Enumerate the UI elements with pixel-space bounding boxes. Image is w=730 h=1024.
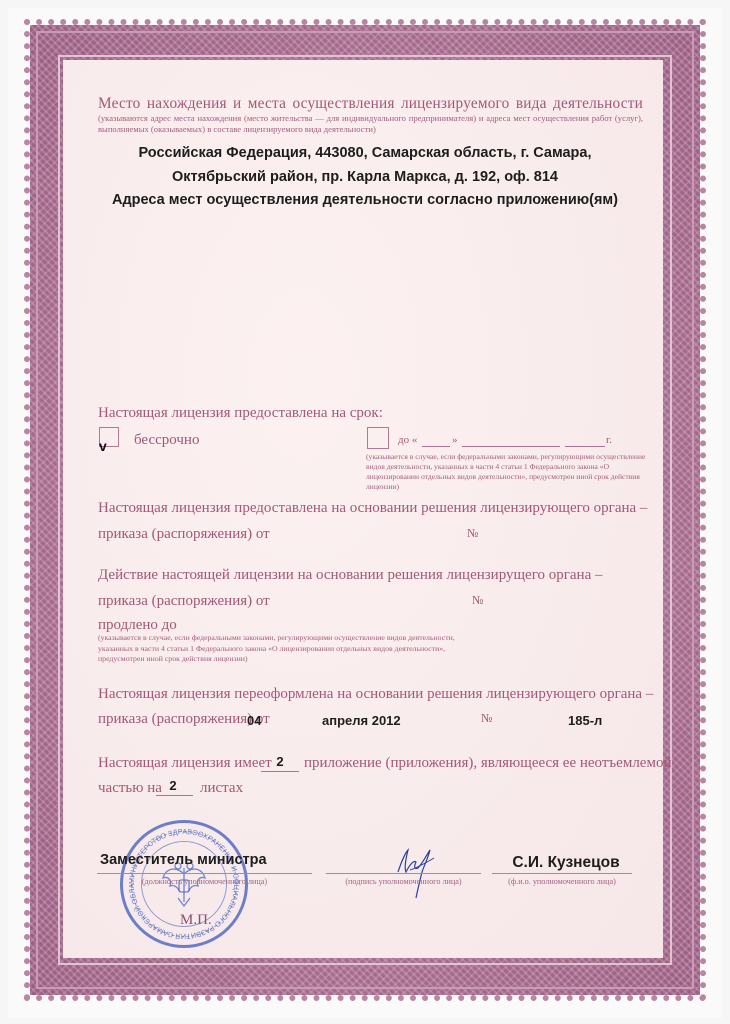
granted-number-sign: № — [467, 526, 478, 541]
heading-word: деятельности — [553, 95, 643, 113]
sheets-suffix: листах — [200, 780, 243, 797]
address-line-2: Октябрьский район, пр. Карла Маркса, д. … — [90, 169, 640, 185]
heading-word: лицензируемого — [401, 95, 510, 113]
until-date-checkbox[interactable] — [367, 427, 389, 449]
address-line-3: Адреса мест осуществления деятельности с… — [90, 192, 640, 208]
name-line — [492, 873, 632, 874]
location-heading: Место нахождения и места осуществления л… — [98, 95, 643, 113]
heading-word: и — [233, 95, 241, 113]
reissued-day: 04 — [247, 713, 261, 728]
extended-until-label: продлено до — [98, 617, 177, 634]
granted-line-2: приказа (распоряжения) от — [98, 526, 270, 543]
appendix-suffix: приложение (приложения), являющееся ее н… — [304, 755, 672, 772]
until-prefix: до « — [398, 434, 417, 446]
reissued-month-year: апреля 2012 — [322, 713, 401, 728]
name-caption: (ф.и.о. уполномоченного лица) — [492, 877, 632, 886]
appendix-count: 2 — [273, 754, 287, 769]
indefinite-label: бессрочно — [134, 432, 199, 449]
extended-line-1: Действие настоящей лицензии на основании… — [98, 567, 603, 584]
location-note: (указываются адрес места нахождения (мес… — [98, 113, 643, 135]
granted-line-1: Настоящая лицензия предоставлена на осно… — [98, 500, 647, 517]
until-day-field[interactable] — [422, 446, 450, 447]
until-note: (указывается в случае, если федеральными… — [366, 452, 650, 492]
signature-caption: (подпись уполномоченного лица) — [326, 877, 481, 886]
sheets-count-line — [156, 795, 193, 796]
signatory-position: Заместитель министра — [100, 852, 267, 868]
position-line — [97, 873, 312, 874]
appendix-count-line — [261, 771, 299, 772]
extended-number-sign: № — [472, 593, 483, 608]
stamp-place-label: М.П. — [180, 912, 212, 929]
address-line-1: Российская Федерация, 443080, Самарская … — [90, 145, 640, 161]
appendix-prefix: Настоящая лицензия имеет — [98, 755, 272, 772]
extended-line-2: приказа (распоряжения) от — [98, 593, 270, 610]
heading-word: нахождения — [147, 95, 227, 113]
sheets-count: 2 — [166, 778, 180, 793]
check-mark: v — [99, 438, 107, 454]
reissued-line-2: приказа (распоряжения) от — [98, 711, 270, 728]
handwritten-signature — [390, 842, 450, 902]
until-year-suffix: г. — [606, 434, 612, 446]
signature-line — [326, 873, 481, 874]
reissued-line-1: Настоящая лицензия переоформлена на осно… — [98, 686, 653, 703]
heading-word: осуществления — [292, 95, 394, 113]
signatory-name: С.И. Кузнецов — [506, 854, 626, 872]
reissued-number: 185-л — [568, 713, 602, 728]
heading-word: вида — [516, 95, 547, 113]
until-year-field[interactable] — [565, 446, 605, 447]
sheets-prefix: частью на — [98, 780, 162, 797]
position-caption: (должность уполномоченного лица) — [97, 877, 312, 886]
reissued-number-sign: № — [481, 711, 492, 726]
license-page: Место нахождения и места осуществления л… — [0, 0, 730, 1024]
term-label: Настоящая лицензия предоставлена на срок… — [98, 405, 383, 422]
extended-note: (указывается в случае, если федеральными… — [98, 633, 458, 665]
until-month-field[interactable] — [462, 446, 560, 447]
heading-word: Место — [98, 95, 141, 113]
until-quote-close: » — [452, 434, 458, 446]
heading-word: места — [248, 95, 286, 113]
